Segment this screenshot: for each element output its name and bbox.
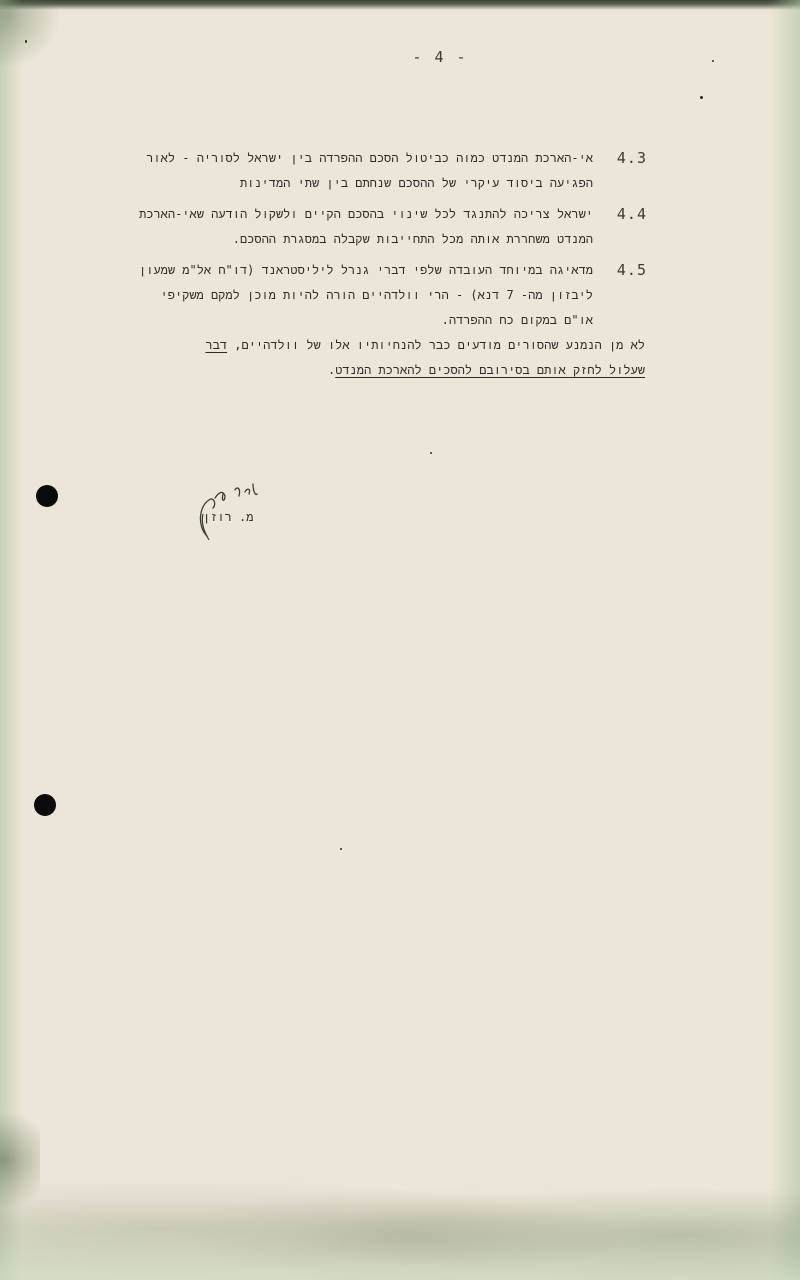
paper-top-edge — [0, 0, 800, 10]
paper-right-edge — [770, 0, 800, 1280]
page-number: - 4 - — [0, 48, 800, 66]
item-4-5: 4.5 מדאיגה במיוחד העובדה שלפי דברי גנרל … — [40, 258, 645, 383]
underlined-text: שעלול לחזק אותם בסירובם להסכים להארכת המ… — [335, 363, 645, 377]
item-number: 4.3 — [617, 146, 647, 171]
signature-block: מ. רוזן — [195, 478, 275, 548]
punch-hole-icon — [34, 794, 56, 816]
paper-corner-stain — [0, 1100, 40, 1220]
item-4-3: 4.3 אי-הארכת המנדט כמוה כביטול הסכם ההפר… — [40, 146, 645, 196]
text-line: הפגיעה ביסוד עיקרי של ההסכם שנחתם בין שת… — [40, 171, 593, 196]
item-4-4: 4.4 ישראל צריכה להתנגד לכל שינוי בהסכם ה… — [40, 202, 645, 252]
paper-speck — [430, 452, 432, 454]
item-number: 4.4 — [617, 202, 647, 227]
underlined-text: דבר — [205, 338, 227, 352]
text-line: ליבזון מה- 7 דנא) - הרי וולדהיים הורה לה… — [40, 283, 593, 308]
text-line: המנדט משחררת אותה מכל התחייבות שקבלה במס… — [40, 227, 593, 252]
document-body: 4.3 אי-הארכת המנדט כמוה כביטול הסכם ההפר… — [40, 146, 645, 389]
item-text: ישראל צריכה להתנגד לכל שינוי בהסכם הקיים… — [40, 202, 593, 252]
text-line: אי-הארכת המנדט כמוה כביטול הסכם ההפרדה ב… — [40, 146, 593, 171]
text-line: מדאיגה במיוחד העובדה שלפי דברי גנרל לילי… — [40, 258, 593, 283]
paper-speck — [700, 96, 703, 99]
signatory-name: מ. רוזן — [203, 510, 253, 525]
item-text: מדאיגה במיוחד העובדה שלפי דברי גנרל לילי… — [40, 258, 593, 383]
paper-left-edge — [0, 0, 22, 1280]
item-text: אי-הארכת המנדט כמוה כביטול הסכם ההפרדה ב… — [40, 146, 593, 196]
text-line: או"ם במקום כח ההפרדה. — [40, 308, 593, 333]
paper-bottom-stain — [0, 1150, 800, 1280]
text-line: ישראל צריכה להתנגד לכל שינוי בהסכם הקיים… — [40, 202, 593, 227]
continuation-paragraph: לא מן הנמנע שהסורים מודעים כבר להנחיותיו… — [40, 333, 645, 383]
continuation-text: לא מן הנמנע שהסורים מודעים כבר להנחיותיו… — [227, 338, 645, 352]
document-page: - 4 - 4.3 אי-הארכת המנדט כמוה כביטול הסכ… — [0, 0, 800, 1280]
item-number: 4.5 — [617, 258, 647, 283]
paper-speck — [25, 40, 27, 43]
paper-speck — [340, 848, 342, 850]
punch-hole-icon — [36, 485, 58, 507]
